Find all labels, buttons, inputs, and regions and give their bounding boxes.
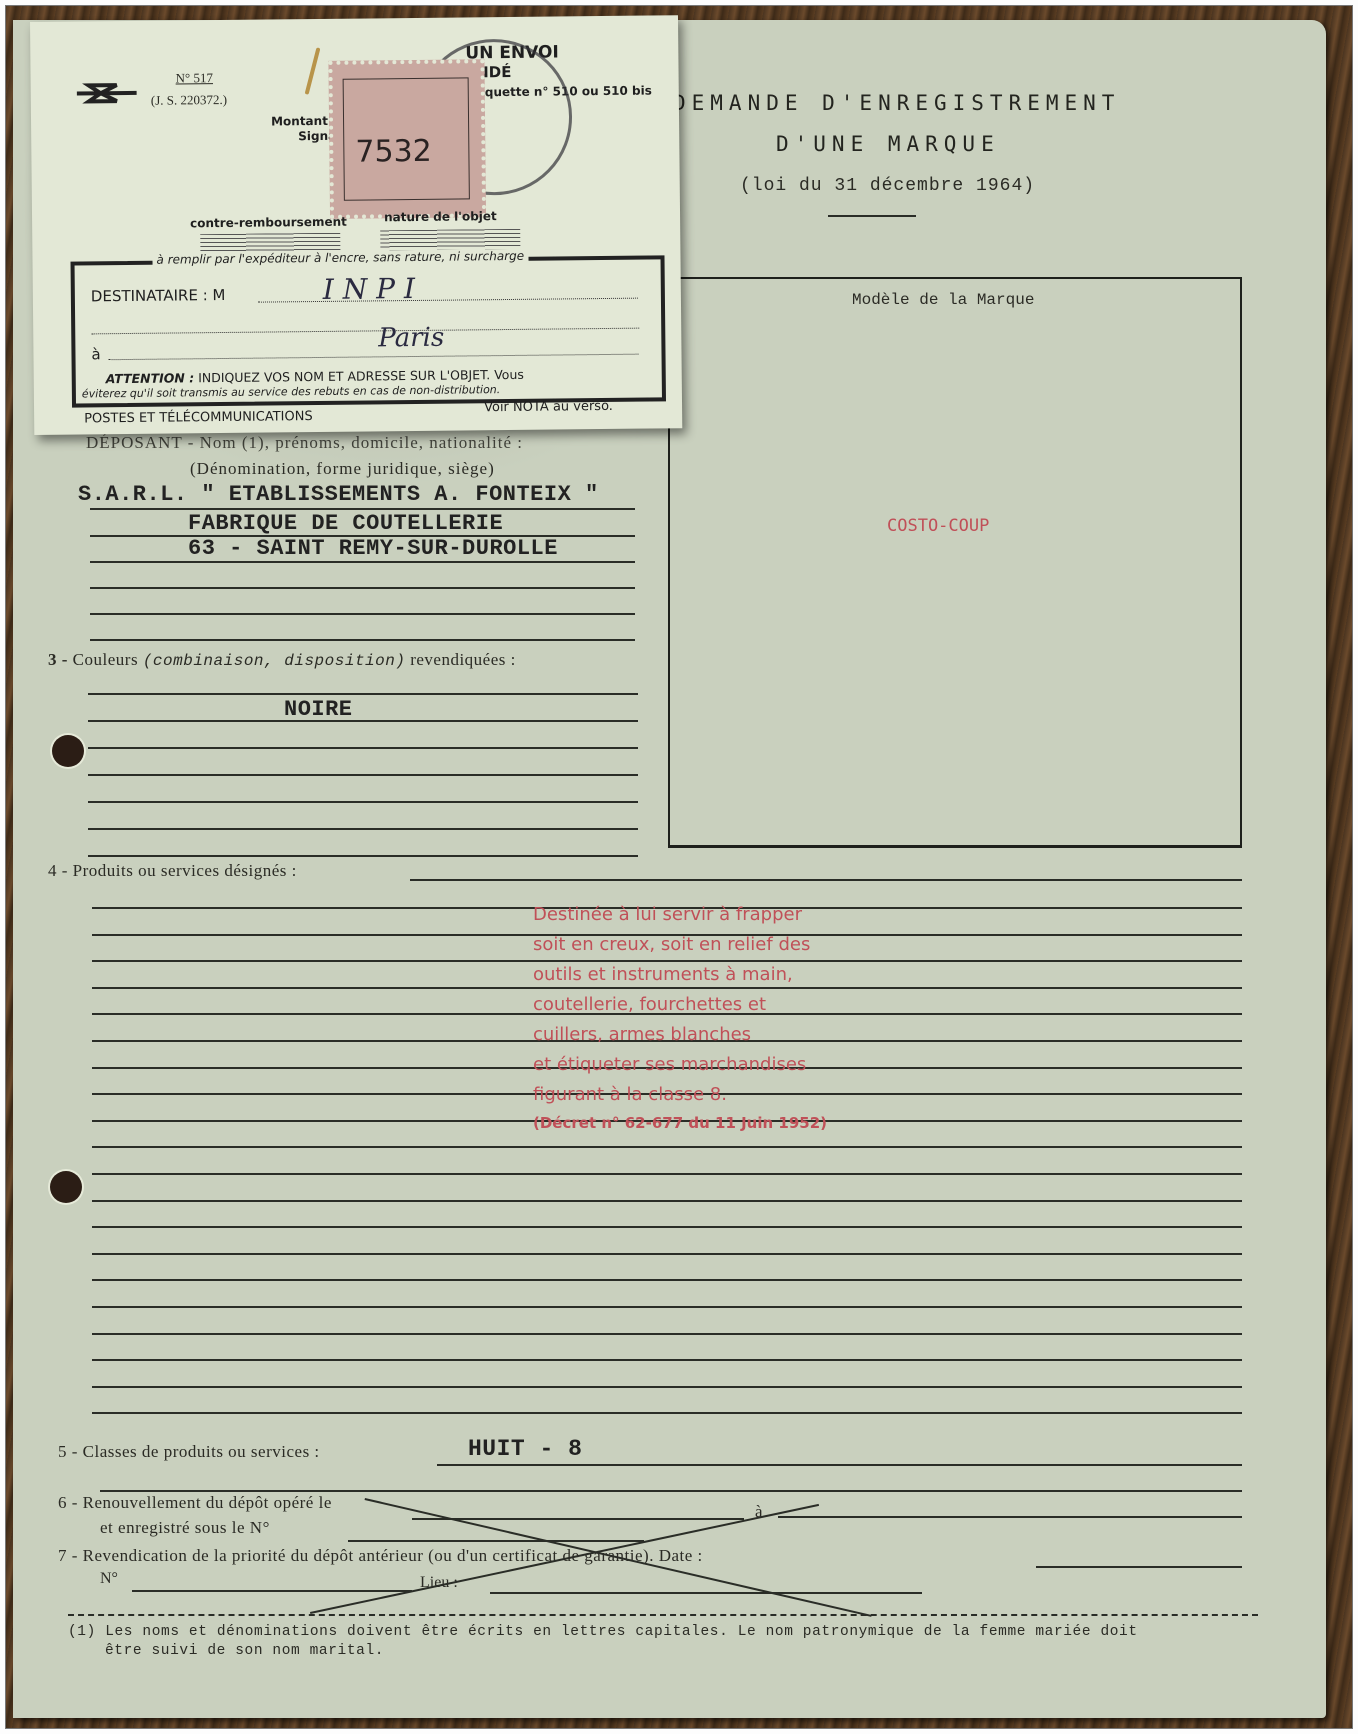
stamp-line: (Décret n° 62-677 du 11 Juin 1952) — [533, 1114, 833, 1144]
section6-label: 6 - Renouvellement du dépôt opéré le — [58, 1493, 332, 1513]
form-title-line2: D'UNE MARQUE — [776, 132, 1000, 156]
section3-label-a: Couleurs — [73, 650, 138, 669]
form-title-line1: DEMANDE D'ENREGISTREMENT — [673, 91, 1120, 115]
registered-mail-slip: N° 517 (J. S. 220372.) Montant Signa UN … — [30, 15, 682, 435]
section3-number: 3 - — [48, 650, 68, 669]
section7-no-label: N° — [100, 1570, 118, 1588]
slip-destinataire-value[interactable]: I N P I — [323, 272, 416, 306]
section6-label2: et enregistré sous le N° — [100, 1518, 270, 1538]
section3-label-b: revendiquées : — [410, 650, 516, 669]
section4-label: 4 - Produits ou services désignés : — [48, 861, 297, 881]
slip-footer-right: Voir NOTA au verso. — [484, 399, 613, 415]
section3-line — [88, 828, 638, 830]
stamp-line: cuillers, armes blanches — [533, 1024, 833, 1054]
slip-a-label: à — [91, 345, 100, 363]
la-poste-logo-icon — [77, 81, 137, 108]
staple-icon — [305, 47, 321, 94]
section5-line — [437, 1464, 1242, 1466]
depositor-name[interactable]: S.A.R.L. " ETABLISSEMENTS A. FONTEIX " — [78, 482, 599, 507]
mark-name-stamp: COSTO-COUP — [887, 516, 989, 536]
postage-stamp: 7532 — [328, 59, 486, 219]
section1-line — [90, 587, 635, 589]
section7-lieu-line — [490, 1592, 922, 1594]
section1-line — [90, 561, 635, 563]
slip-nature-objet: nature de l'objet — [384, 209, 497, 224]
depositor-activity[interactable]: FABRIQUE DE COUTELLERIE — [188, 511, 503, 536]
mark-model-box — [668, 277, 1242, 848]
section3-line — [88, 747, 638, 749]
section3-line — [88, 693, 638, 695]
stamp-number: 7532 — [355, 134, 432, 170]
section4-line — [92, 1333, 1242, 1335]
slip-attention-label: ATTENTION : — [106, 370, 195, 386]
stamp-line: outils et instruments à main, — [533, 964, 833, 994]
punch-hole-top — [52, 735, 84, 767]
section5-line2 — [100, 1490, 1242, 1492]
footnote-line2: être suivi de son nom marital. — [105, 1643, 384, 1659]
section4-line — [92, 1279, 1242, 1281]
mark-model-label: Modèle de la Marque — [852, 291, 1034, 309]
section1-line — [90, 508, 635, 510]
section4-line — [92, 1226, 1242, 1228]
footnote-line1: (1) Les noms et dénominations doivent êt… — [68, 1624, 1138, 1640]
slip-city-value[interactable]: Paris — [378, 323, 444, 354]
section4-line — [92, 1253, 1242, 1255]
section1-line — [90, 535, 635, 537]
colors-value[interactable]: NOIRE — [284, 697, 353, 722]
section4-line — [92, 1412, 1242, 1414]
slip-contre-remboursement: contre-remboursement — [190, 215, 347, 231]
section4-line — [92, 1146, 1242, 1148]
section4-line — [92, 1386, 1242, 1388]
section4-line — [92, 1306, 1242, 1308]
products-stamp-block: Destinée à lui servir à frapper soit en … — [533, 904, 833, 1144]
depositor-address[interactable]: 63 - SAINT REMY-SUR-DUROLLE — [188, 536, 558, 561]
section5-label: 5 - Classes de produits ou services : — [58, 1442, 320, 1462]
section3-line — [88, 774, 638, 776]
slip-montant-label: Montant — [271, 114, 328, 129]
title-underline — [828, 215, 916, 217]
stamp-line: coutellerie, fourchettes et — [533, 994, 833, 1024]
slip-form-number: N° 517 — [176, 70, 214, 86]
section6-number-line — [348, 1540, 644, 1542]
form-title-law: (loi du 31 décembre 1964) — [740, 176, 1035, 196]
stamp-line: figurant à la classe 8. — [533, 1084, 833, 1114]
slip-destinataire-label: DESTINATAIRE : M — [91, 286, 226, 305]
section3-line — [88, 801, 638, 803]
section4-line — [92, 1200, 1242, 1202]
section3-label-italic: (combinaison, disposition) — [143, 652, 406, 670]
class-value[interactable]: HUIT - 8 — [468, 1436, 582, 1462]
punch-hole-bottom — [50, 1171, 82, 1203]
section7-number-line — [132, 1590, 412, 1592]
section4-first-line — [410, 879, 1242, 881]
section7-date-line — [1036, 1566, 1242, 1568]
section3-line — [88, 720, 638, 722]
section3-label: 3 - Couleurs (combinaison, disposition) … — [48, 650, 516, 670]
slip-footer-left: POSTES ET TÉLÉCOMMUNICATIONS — [84, 409, 313, 426]
section6-place-line — [778, 1516, 1242, 1518]
stamp-line: Destinée à lui servir à frapper — [533, 904, 833, 934]
stamp-line: et étiqueter ses marchandises — [533, 1054, 833, 1084]
section1-line — [90, 613, 635, 615]
footnote-separator — [68, 1614, 1258, 1616]
section4-line — [92, 1359, 1242, 1361]
section1-line — [90, 639, 635, 641]
stamp-line: soit en creux, soit en relief des — [533, 934, 833, 964]
section1-sublabel: (Dénomination, forme juridique, siège) — [190, 459, 495, 479]
section3-line — [88, 855, 638, 857]
section4-line — [92, 1173, 1242, 1175]
section1-label: DÉPOSANT - Nom (1), prénoms, domicile, n… — [86, 433, 523, 453]
slip-form-ref: (J. S. 220372.) — [151, 92, 227, 109]
